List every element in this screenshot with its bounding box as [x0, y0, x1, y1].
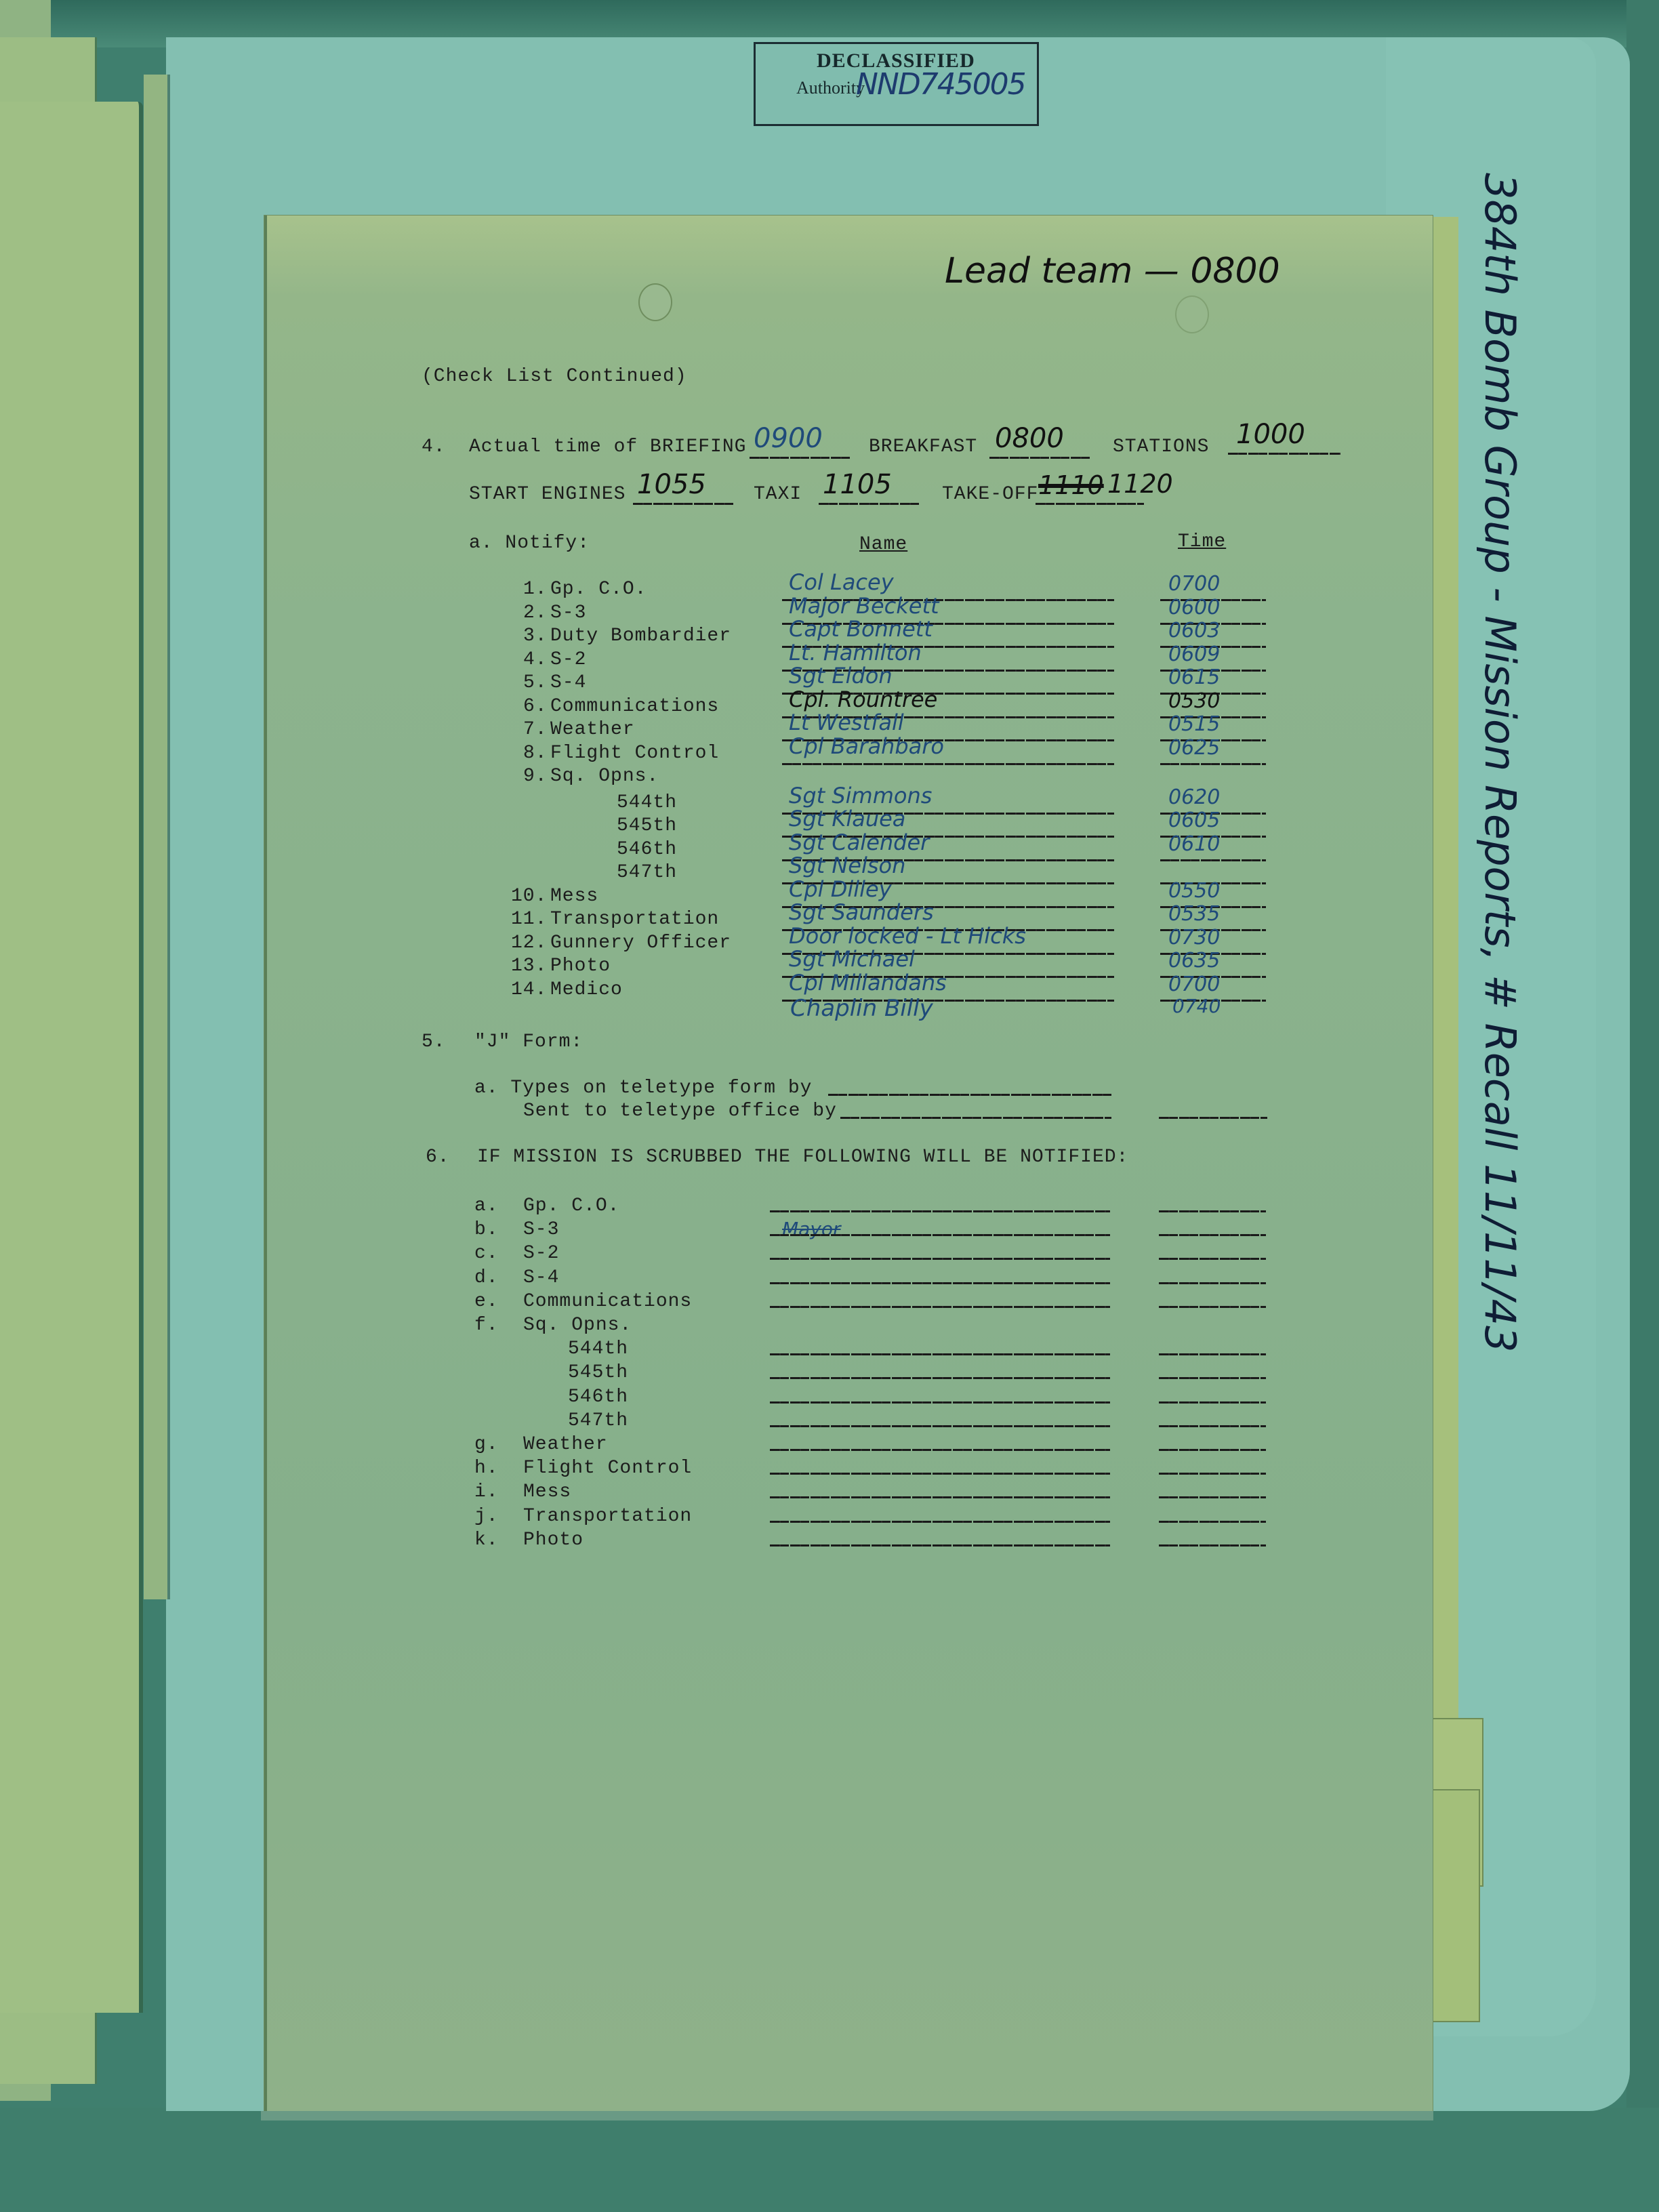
scrub-role: 544th [568, 1338, 628, 1359]
notify-number: 11. [511, 909, 547, 930]
notify-role: Medico [550, 979, 623, 1000]
notify-time[interactable]: 0609 [1168, 642, 1220, 666]
notify-time[interactable]: 0603 [1168, 619, 1220, 642]
section-number: 6. [426, 1147, 450, 1168]
header-note: Lead team — 0800 [945, 251, 1280, 291]
notify-number: 4. [523, 649, 548, 670]
notify-number: 9. [523, 766, 548, 787]
notify-time[interactable]: 0535 [1168, 902, 1220, 926]
notify-number: 3. [523, 626, 548, 647]
notify-name[interactable]: Col Lacey [789, 569, 894, 595]
scrub-role: 545th [568, 1362, 628, 1383]
notify-number: 13. [511, 956, 547, 977]
teletype-typed-field[interactable] [828, 1094, 1113, 1096]
notify-role: 544th [617, 792, 677, 813]
left-folder-stack [0, 102, 143, 2013]
scrub-letter: c. [474, 1243, 499, 1264]
name-field-line[interactable] [770, 1473, 1110, 1475]
notify-time[interactable]: 0610 [1168, 832, 1220, 856]
start-engines-time[interactable]: 1055 [637, 469, 706, 500]
notify-role: Sq. Opns. [550, 766, 659, 787]
name-field-line[interactable] [770, 1401, 1110, 1404]
section-number: 5. [422, 1031, 446, 1052]
breakfast-time[interactable]: 0800 [995, 423, 1064, 454]
briefing-label: Actual time of BRIEFING [469, 436, 746, 457]
notify-name[interactable]: Cpl Barahbaro [789, 733, 944, 759]
scrub-letter: k. [474, 1530, 499, 1551]
time-field-line[interactable] [1159, 1496, 1266, 1498]
teletype-typed-label: a. Types on teletype form by [474, 1078, 812, 1099]
scrub-role: 546th [568, 1387, 628, 1408]
time-field-line[interactable] [1159, 1282, 1266, 1284]
time-field-line[interactable] [1159, 1258, 1266, 1260]
scrub-letter: f. [474, 1315, 499, 1336]
scrub-role: S-2 [523, 1243, 559, 1264]
name-field-line[interactable] [770, 1496, 1110, 1498]
scrub-letter: b. [474, 1219, 499, 1240]
notify-name[interactable]: Door locked - Lt Hicks [789, 923, 1026, 949]
name-field-line[interactable] [770, 1425, 1110, 1427]
time-field-line[interactable] [1159, 1425, 1266, 1427]
notify-time[interactable]: 0550 [1168, 879, 1220, 903]
notify-time[interactable]: 0515 [1168, 712, 1220, 736]
teletype-sent-label: Sent to teletype office by [523, 1101, 837, 1122]
teletype-sent-field[interactable] [840, 1117, 1111, 1119]
start-engines-label: START ENGINES [469, 484, 626, 505]
scrub-letter: d. [474, 1267, 499, 1288]
notify-extra-name[interactable]: Chaplin Billy [790, 995, 933, 1022]
stamp-authority-value: NND745005 [856, 67, 1025, 102]
notify-name[interactable]: Sgt Michael [789, 946, 915, 972]
notify-extra-time[interactable]: 0740 [1172, 995, 1221, 1017]
notify-time[interactable]: 0600 [1168, 596, 1220, 619]
notify-role: S-4 [550, 672, 586, 693]
notify-role: S-3 [550, 602, 586, 623]
notify-role: 546th [617, 839, 677, 860]
scrub-role: Transportation [523, 1506, 692, 1527]
folder-edge [144, 75, 170, 1599]
taxi-label: TAXI [754, 484, 802, 505]
notify-time[interactable]: 0620 [1168, 785, 1220, 809]
notify-role: 545th [617, 815, 677, 836]
time-field-line[interactable] [1159, 1544, 1266, 1547]
doc-title: (Check List Continued) [422, 366, 687, 387]
scrub-letter: i. [474, 1481, 499, 1502]
scrub-role: S-4 [523, 1267, 559, 1288]
scrub-letter: a. [474, 1195, 499, 1216]
paper-shadow [261, 2111, 1433, 2121]
name-field-line[interactable] [770, 1306, 1110, 1308]
notify-name[interactable]: Lt Westfall [789, 710, 904, 735]
time-field-line[interactable] [1159, 1377, 1266, 1379]
section-title: IF MISSION IS SCRUBBED THE FOLLOWING WIL… [477, 1147, 1128, 1168]
notify-time[interactable]: 0605 [1168, 808, 1220, 832]
notify-name[interactable]: Sgt Simmons [789, 783, 932, 808]
notify-role: Photo [550, 956, 611, 977]
takeoff-time[interactable]: 1120 [1107, 469, 1173, 499]
notify-name[interactable]: Sgt Eldon [789, 663, 893, 689]
scrub-role: Sq. Opns. [523, 1315, 632, 1336]
name-column-header: Name [859, 534, 907, 555]
scrub-role: S-3 [523, 1219, 559, 1240]
declassified-stamp: DECLASSIFIED Authority NND745005 [754, 42, 1039, 126]
notify-name[interactable]: Cpl Dilley [789, 876, 892, 902]
notify-name[interactable]: Sgt Klauea [789, 806, 905, 832]
notify-role: Mess [550, 886, 598, 907]
time-field-line[interactable] [1159, 1353, 1266, 1355]
section-title: "J" Form: [474, 1031, 583, 1052]
notify-label: a. Notify: [469, 533, 590, 554]
notify-number: 12. [511, 933, 547, 954]
time-field-line[interactable] [1159, 1473, 1266, 1475]
checklist-document: Lead team — 0800 (Check List Continued) … [264, 216, 1433, 2113]
notify-number: 7. [523, 719, 548, 740]
teletype-sent-time-field[interactable] [1159, 1117, 1267, 1119]
notify-role: Gunnery Officer [550, 933, 731, 954]
scrub-role: 547th [568, 1410, 628, 1431]
notify-name[interactable]: Capt Bonnett [789, 616, 933, 642]
time-field-line[interactable] [1159, 1521, 1266, 1523]
name-field-line[interactable] [770, 1544, 1110, 1547]
notify-time[interactable]: 0700 [1168, 572, 1220, 596]
notify-name[interactable]: Lt. Hamilton [789, 640, 922, 665]
time-field-line[interactable] [1159, 1401, 1266, 1404]
scrub-role: Mess [523, 1481, 571, 1502]
notify-number: 1. [523, 579, 548, 600]
notify-role: Weather [550, 719, 635, 740]
name-field-line[interactable] [770, 1234, 1110, 1236]
background-right [1626, 0, 1659, 2212]
breakfast-label: BREAKFAST [869, 436, 977, 457]
time-field-line[interactable] [1159, 1306, 1266, 1308]
notify-name[interactable]: Sgt Saunders [789, 899, 934, 925]
name-field-line[interactable] [770, 1377, 1110, 1379]
time-field-line[interactable] [1159, 1234, 1266, 1236]
notify-name[interactable]: Sgt Calender [789, 829, 929, 855]
time-field-line [1160, 859, 1266, 861]
notify-number: 14. [511, 979, 547, 1000]
scrub-role: Flight Control [523, 1458, 692, 1479]
stations-time[interactable]: 1000 [1236, 419, 1305, 450]
name-field-line[interactable] [770, 1282, 1110, 1284]
notify-name[interactable]: Major Beckett [789, 593, 939, 619]
time-field-line [1160, 763, 1266, 765]
scrub-letter: e. [474, 1291, 499, 1312]
notify-role: Gp. C.O. [550, 579, 647, 600]
notify-time[interactable]: 0625 [1168, 736, 1220, 760]
section-number: 4. [422, 436, 446, 457]
name-field-line [782, 763, 1114, 765]
notify-name[interactable]: Cpl Millandans [789, 970, 947, 996]
notify-time[interactable]: 0730 [1168, 926, 1220, 949]
time-field-line[interactable] [1159, 1210, 1266, 1212]
takeoff-time-struck: 1110 [1038, 470, 1104, 500]
notify-number: 8. [523, 743, 548, 764]
notify-number: 2. [523, 602, 548, 623]
scrub-role: Weather [523, 1434, 608, 1455]
background-bottom [0, 2108, 1659, 2212]
notify-role: S-2 [550, 649, 586, 670]
scrub-name[interactable]: Mayor [782, 1218, 841, 1240]
notify-role: Transportation [550, 909, 719, 930]
scrub-letter: j. [474, 1506, 499, 1527]
stamp-authority-label: Authority [796, 78, 865, 98]
name-field-line[interactable] [770, 1210, 1110, 1212]
scrub-letter: h. [474, 1458, 499, 1479]
scrub-role: Photo [523, 1530, 583, 1551]
notify-number: 6. [523, 696, 548, 717]
name-field-line[interactable] [770, 1353, 1110, 1355]
scrub-role: Gp. C.O. [523, 1195, 619, 1216]
folder-label: 384th Bomb Group - Mission Reports, # Re… [1475, 173, 1525, 1353]
takeoff-label: TAKE-OFF [942, 484, 1038, 505]
scrub-letter: g. [474, 1434, 499, 1455]
briefing-time[interactable]: 0900 [754, 423, 823, 454]
punch-hole [1175, 295, 1209, 333]
notify-role: 547th [617, 862, 677, 883]
scrub-role: Communications [523, 1291, 692, 1312]
time-field-line[interactable] [1159, 1449, 1266, 1451]
stations-label: STATIONS [1113, 436, 1209, 457]
notify-role: Communications [550, 696, 719, 717]
notify-number: 10. [511, 886, 547, 907]
taxi-time[interactable]: 1105 [823, 469, 892, 500]
notify-role: Flight Control [550, 743, 719, 764]
notify-name[interactable]: Cpl. Rountree [789, 687, 937, 712]
notify-time[interactable]: 0635 [1168, 949, 1220, 972]
notify-time[interactable]: 0700 [1168, 972, 1220, 996]
notify-time[interactable]: 0615 [1168, 665, 1220, 689]
name-field-line[interactable] [770, 1449, 1110, 1451]
notify-name[interactable]: Sgt Nelson [789, 853, 905, 878]
punch-hole [638, 283, 672, 321]
name-field-line[interactable] [770, 1521, 1110, 1523]
name-field-line[interactable] [770, 1258, 1110, 1260]
notify-time[interactable]: 0530 [1168, 689, 1220, 713]
notify-number: 5. [523, 672, 548, 693]
notify-role: Duty Bombardier [550, 626, 731, 647]
time-column-header: Time [1178, 531, 1226, 552]
